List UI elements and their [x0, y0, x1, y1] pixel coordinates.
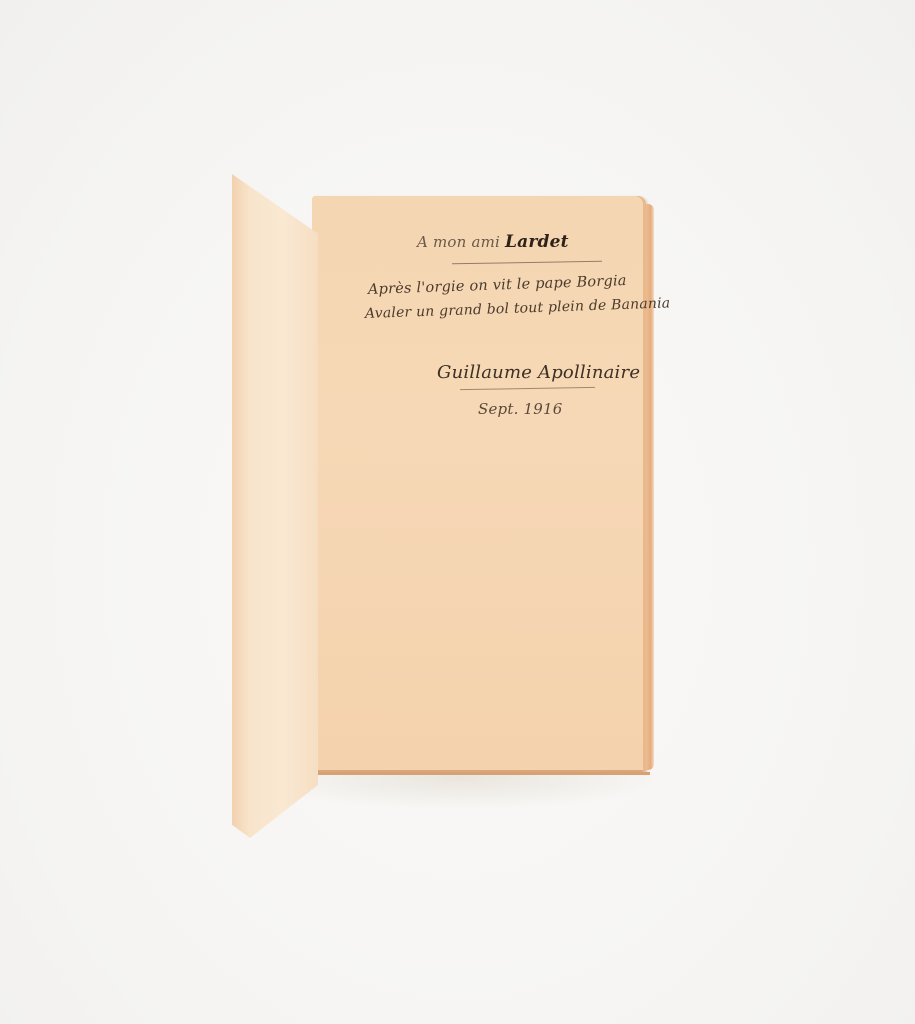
page-bottom-edge: [312, 772, 650, 775]
dedication-prefix: A mon ami: [417, 233, 505, 251]
dedication-line: A mon ami Lardet: [417, 232, 569, 252]
open-front-cover: [232, 174, 318, 838]
page-fore-edge: [646, 204, 654, 770]
dedication-name: Lardet: [505, 232, 569, 252]
author-signature: Guillaume Apollinaire: [437, 362, 640, 383]
inscription-date: Sept. 1916: [478, 400, 563, 418]
